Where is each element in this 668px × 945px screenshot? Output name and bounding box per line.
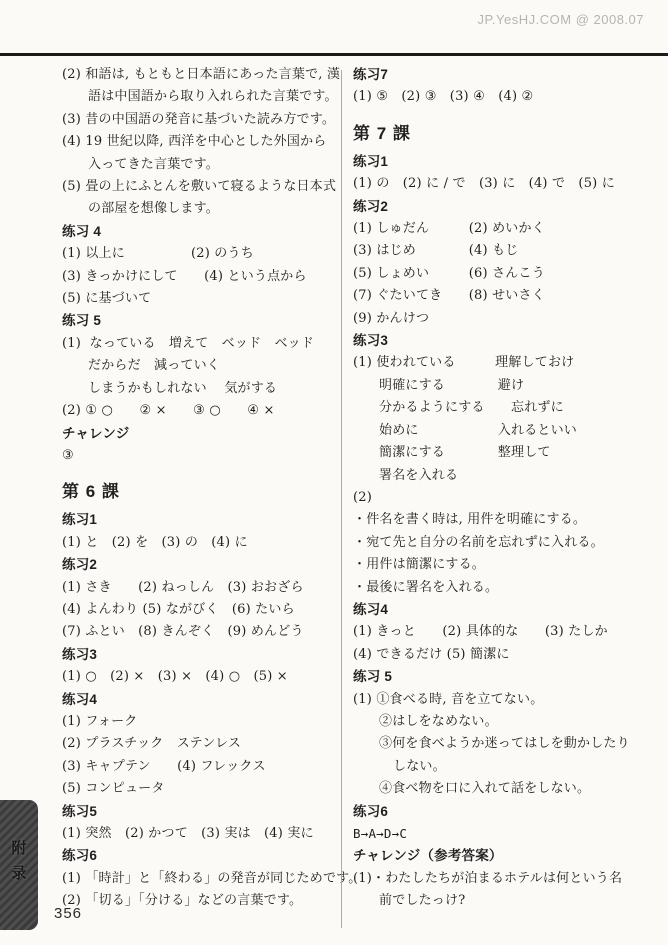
- answer-line: 入ってきた言葉です。: [62, 154, 344, 176]
- appendix-side-tab: 附录: [0, 800, 38, 930]
- answer-line: (4) できるだけ (5) 簡潔に: [353, 644, 648, 666]
- top-rule: [0, 53, 668, 56]
- answer-line: しない。: [353, 756, 648, 778]
- exercise-heading: 练习3: [353, 330, 648, 352]
- exercise-heading: 练习 5: [62, 310, 344, 332]
- answer-line: (1)・わたしたちが泊まるホテルは何という名: [353, 868, 648, 890]
- answer-line: (1) ⑤ (2) ③ (3) ④ (4) ②: [353, 86, 648, 108]
- column-right: 练习7(1) ⑤ (2) ③ (3) ④ (4) ②第 7 課练习1(1) の …: [353, 64, 648, 913]
- exercise-heading: 练习6: [62, 845, 344, 867]
- answer-line: 始めに 入れるといい: [353, 420, 648, 442]
- lesson-heading: 第 7 課: [353, 121, 648, 147]
- answer-line: (5) 畳の上にふとんを敷いて寝るような日本式: [62, 176, 344, 198]
- exercise-heading: 练习 5: [353, 666, 648, 688]
- exercise-heading: 练习2: [353, 196, 648, 218]
- answer-line: (3) はじめ (4) もじ: [353, 240, 648, 262]
- answer-line: だからだ 減っていく: [62, 355, 344, 377]
- answer-line: (1) 「時計」と「終わる」の発音が同じためです。: [62, 868, 344, 890]
- page-number: 356: [54, 905, 82, 922]
- answer-line: 語は中国語から取り入れられた言葉です。: [62, 86, 344, 108]
- answer-line: ③: [62, 445, 344, 467]
- answer-line: (4) 19 世紀以降, 西洋を中心とした外国から: [62, 131, 344, 153]
- column-left: (2) 和語は, もともと日本語にあった言葉で, 漢語は中国語から取り入れられた…: [62, 64, 344, 913]
- lesson-heading: 第 6 課: [62, 479, 344, 505]
- exercise-heading: 练习6: [353, 801, 648, 823]
- answer-line: (5) に基づいて: [62, 288, 344, 310]
- answer-line: (2) ① ○ ② × ③ ○ ④ ×: [62, 400, 344, 422]
- answer-line: しまうかもしれない 気がする: [62, 378, 344, 400]
- answer-line: (3) 昔の中国語の発音に基づいた読み方です。: [62, 109, 344, 131]
- answer-line: (2) 「切る」「分ける」などの言葉です。: [62, 890, 344, 912]
- answer-line: (1) の (2) に / で (3) に (4) で (5) に: [353, 173, 648, 195]
- exercise-heading: 练习2: [62, 554, 344, 576]
- answer-line: (9) かんけつ: [353, 308, 648, 330]
- exercise-heading: チャレンジ: [62, 423, 344, 445]
- answer-line: (3) キャプテン (4) フレックス: [62, 756, 344, 778]
- answer-line: (7) ぐたいてき (8) せいさく: [353, 285, 648, 307]
- answer-line: 署名を入れる: [353, 465, 648, 487]
- exercise-heading: 练习1: [62, 509, 344, 531]
- exercise-heading: 练习7: [353, 64, 648, 86]
- exercise-heading: 练习4: [62, 689, 344, 711]
- answer-line: (1) さき (2) ねっしん (3) おおざら: [62, 577, 344, 599]
- answer-line: (2) プラスチック ステンレス: [62, 733, 344, 755]
- answer-line: の部屋を想像します。: [62, 198, 344, 220]
- answer-line: (1) と (2) を (3) の (4) に: [62, 532, 344, 554]
- column-divider: [341, 70, 342, 928]
- answer-line: (1) 使われている 理解しておけ: [353, 352, 648, 374]
- answer-line: 簡潔にする 整理して: [353, 442, 648, 464]
- answer-line: ④食べ物を口に入れて話をしない。: [353, 778, 648, 800]
- scanned-answer-page: JP.YesHJ.COM @ 2008.07 (2) 和語は, もともと日本語に…: [0, 0, 668, 945]
- answer-line: (1) ①食べる時, 音を立てない。: [353, 689, 648, 711]
- answer-line: (5) しょめい (6) さんこう: [353, 263, 648, 285]
- exercise-heading: 练习4: [353, 599, 648, 621]
- answer-line: ③何を食べようか迷ってはしを動かしたり: [353, 733, 648, 755]
- exercise-heading: 练习5: [62, 801, 344, 823]
- answer-line: (1) ○ (2) × (3) × (4) ○ (5) ×: [62, 666, 344, 688]
- appendix-tab-label: 附录: [9, 840, 30, 890]
- answer-line: 分かるようにする 忘れずに: [353, 397, 648, 419]
- answer-line: (5) コンピュータ: [62, 778, 344, 800]
- answer-line: (4) よんわり (5) ながびく (6) たいら: [62, 599, 344, 621]
- answer-line: (2): [353, 487, 648, 509]
- exercise-heading: チャレンジ（参考答案）: [353, 845, 648, 867]
- answer-line: (1) 突然 (2) かつて (3) 実は (4) 実に: [62, 823, 344, 845]
- answer-line: (1) 以上に (2) のうち: [62, 243, 344, 265]
- answer-line: 明確にする 避け: [353, 375, 648, 397]
- answer-line: (1) きっと (2) 具体的な (3) たしか: [353, 621, 648, 643]
- watermark-text: JP.YesHJ.COM @ 2008.07: [477, 12, 644, 27]
- answer-line: ・宛て先と自分の名前を忘れずに入れる。: [353, 532, 648, 554]
- answer-line: 前でしたっけ?: [353, 890, 648, 912]
- answer-line: B→A→D→C: [353, 823, 648, 845]
- exercise-heading: 练习3: [62, 644, 344, 666]
- answer-line: (1) フォーク: [62, 711, 344, 733]
- answer-line: ②はしをなめない。: [353, 711, 648, 733]
- exercise-heading: 练习 4: [62, 221, 344, 243]
- answer-line: ・件名を書く時は, 用件を明確にする。: [353, 509, 648, 531]
- answer-line: (1) しゅだん (2) めいかく: [353, 218, 648, 240]
- answer-line: (7) ふとい (8) きんぞく (9) めんどう: [62, 621, 344, 643]
- answer-line: ・最後に署名を入れる。: [353, 577, 648, 599]
- answer-line: ・用件は簡潔にする。: [353, 554, 648, 576]
- answer-line: (1) なっている 増えて ベッド ベッド: [62, 333, 344, 355]
- answer-line: (2) 和語は, もともと日本語にあった言葉で, 漢: [62, 64, 344, 86]
- answer-line: (3) きっかけにして (4) という点から: [62, 266, 344, 288]
- exercise-heading: 练习1: [353, 151, 648, 173]
